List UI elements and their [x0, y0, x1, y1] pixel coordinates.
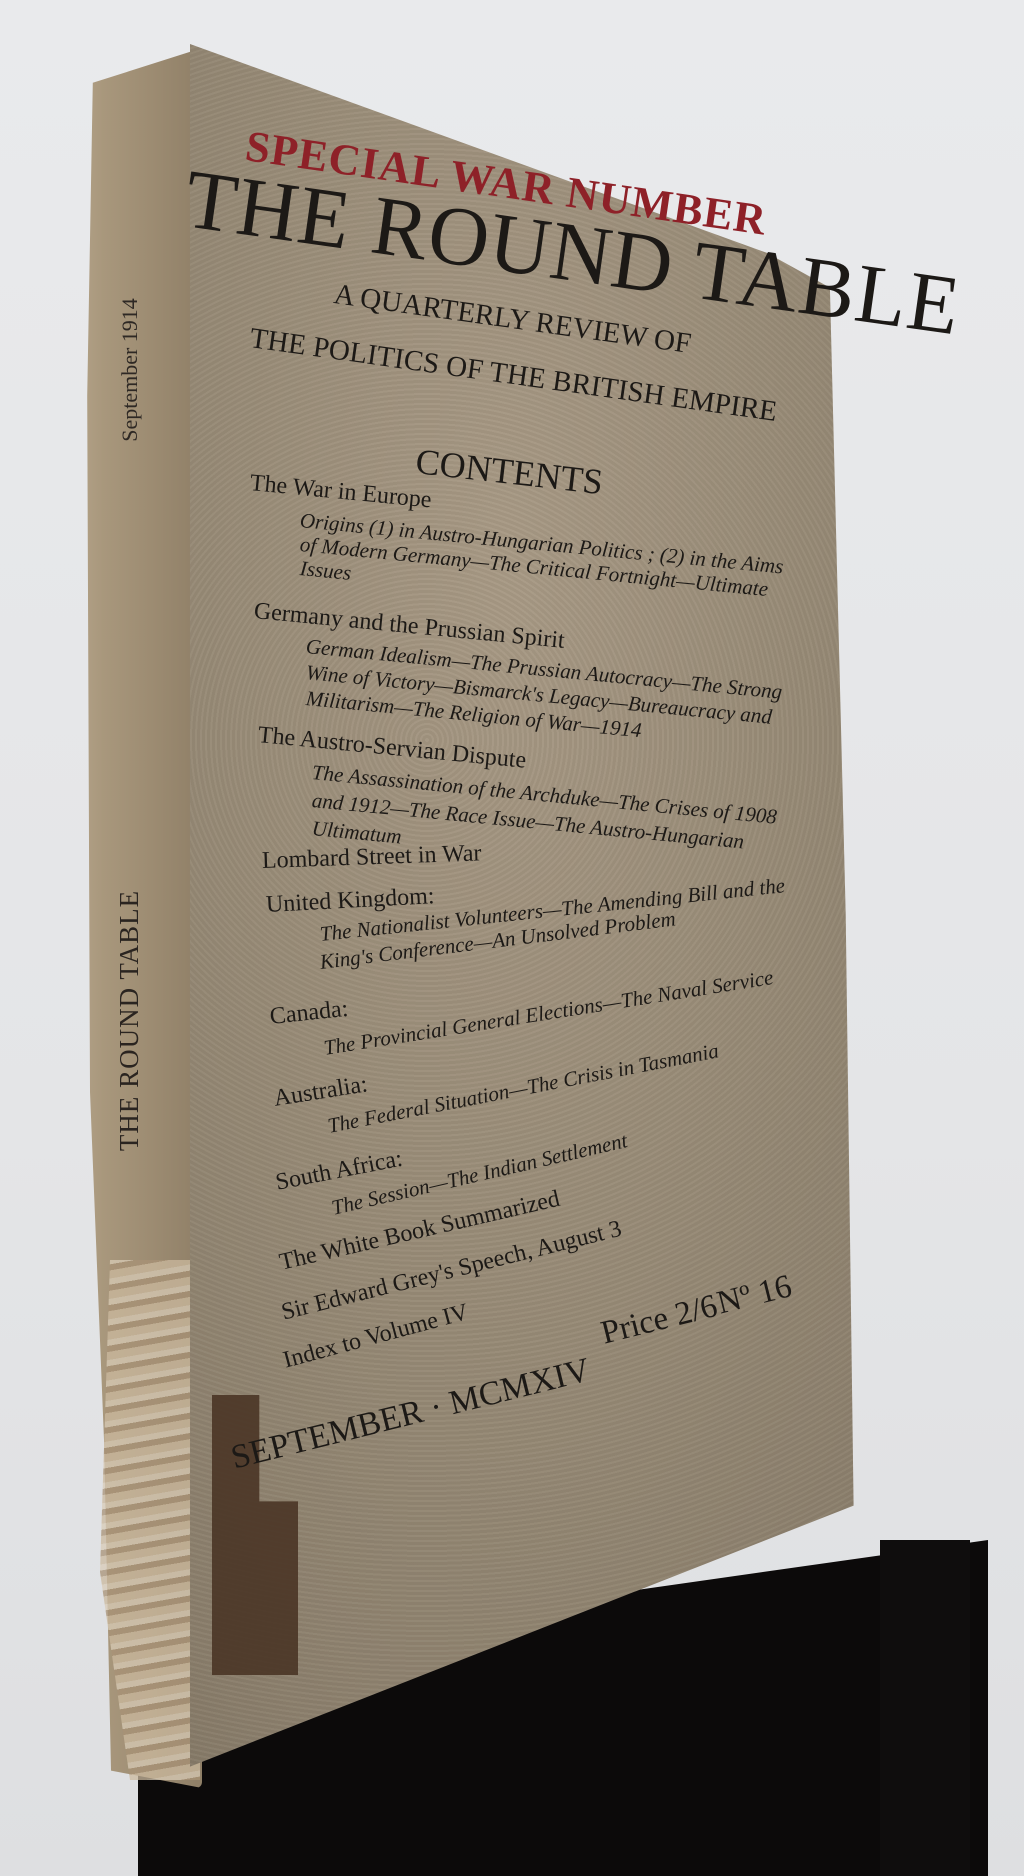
book-shadow-right — [880, 1540, 970, 1876]
spine-title-text: THE ROUND TABLE — [115, 889, 146, 1150]
contents-line: Issues — [299, 556, 353, 586]
spine-date-label: September 1914 — [60, 240, 200, 500]
spine-date-text: September 1914 — [117, 298, 143, 442]
spine-title-label: THE ROUND TABLE — [60, 760, 200, 1280]
